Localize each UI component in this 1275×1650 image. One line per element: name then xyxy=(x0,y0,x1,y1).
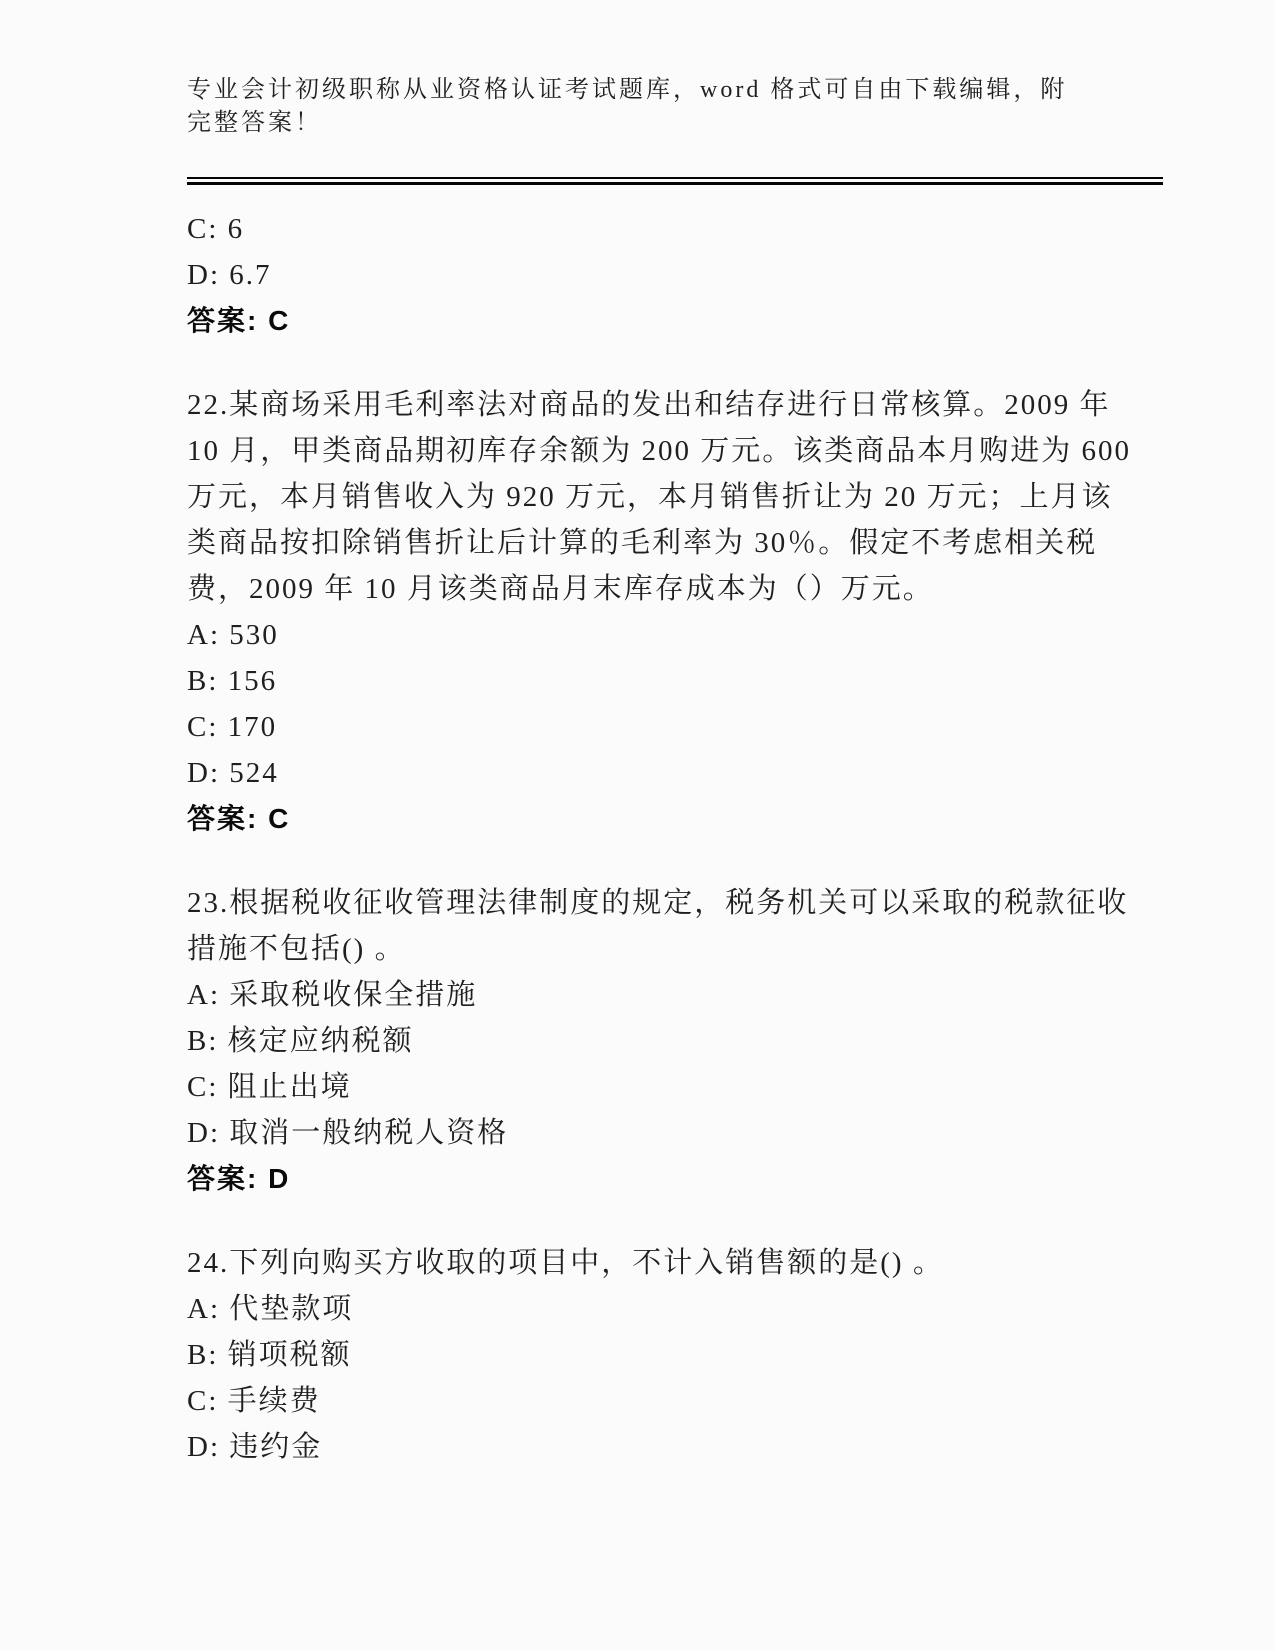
block-spacer xyxy=(187,842,1137,880)
question-block-22: 22.某商场采用毛利率法对商品的发出和结存进行日常核算。2009 年 10 月，… xyxy=(187,382,1137,842)
header-text: 专业会计初级职称从业资格认证考试题库，word 格式可自由下载编辑，附完整答案！ xyxy=(187,74,1072,140)
option-row: A: 采取税收保全措施 xyxy=(187,972,1137,1018)
block-spacer xyxy=(187,344,1137,382)
answer-row: 答案: D xyxy=(187,1156,1137,1202)
option-row: B: 核定应纳税额 xyxy=(187,1018,1137,1064)
question-text: 22.某商场采用毛利率法对商品的发出和结存进行日常核算。2009 年 10 月，… xyxy=(187,382,1137,612)
question-text: 23.根据税收征收管理法律制度的规定，税务机关可以采取的税款征收措施不包括() … xyxy=(187,880,1137,972)
option-row: C: 阻止出境 xyxy=(187,1064,1137,1110)
question-block-24: 24.下列向购买方收取的项目中，不计入销售额的是() 。 A: 代垫款项 B: … xyxy=(187,1240,1137,1470)
option-row: A: 代垫款项 xyxy=(187,1286,1137,1332)
document-body: C: 6 D: 6.7 答案: C 22.某商场采用毛利率法对商品的发出和结存进… xyxy=(187,206,1137,1470)
option-row: C: 6 xyxy=(187,206,1137,252)
option-row: B: 销项税额 xyxy=(187,1332,1137,1378)
option-row: C: 手续费 xyxy=(187,1378,1137,1424)
question-text: 24.下列向购买方收取的项目中，不计入销售额的是() 。 xyxy=(187,1240,1137,1286)
option-row: B: 156 xyxy=(187,658,1137,704)
document-page: 专业会计初级职称从业资格认证考试题库，word 格式可自由下载编辑，附完整答案！… xyxy=(0,0,1275,1650)
header-divider xyxy=(187,177,1163,185)
option-row: D: 524 xyxy=(187,750,1137,796)
block-spacer xyxy=(187,1202,1137,1240)
option-row: D: 违约金 xyxy=(187,1424,1137,1470)
option-row: A: 530 xyxy=(187,612,1137,658)
answer-row: 答案: C xyxy=(187,796,1137,842)
carryover-question-block: C: 6 D: 6.7 答案: C xyxy=(187,206,1137,344)
answer-row: 答案: C xyxy=(187,298,1137,344)
option-row: C: 170 xyxy=(187,704,1137,750)
question-block-23: 23.根据税收征收管理法律制度的规定，税务机关可以采取的税款征收措施不包括() … xyxy=(187,880,1137,1202)
page-header: 专业会计初级职称从业资格认证考试题库，word 格式可自由下载编辑，附完整答案！ xyxy=(187,0,1163,185)
option-row: D: 取消一般纳税人资格 xyxy=(187,1110,1137,1156)
option-row: D: 6.7 xyxy=(187,252,1137,298)
